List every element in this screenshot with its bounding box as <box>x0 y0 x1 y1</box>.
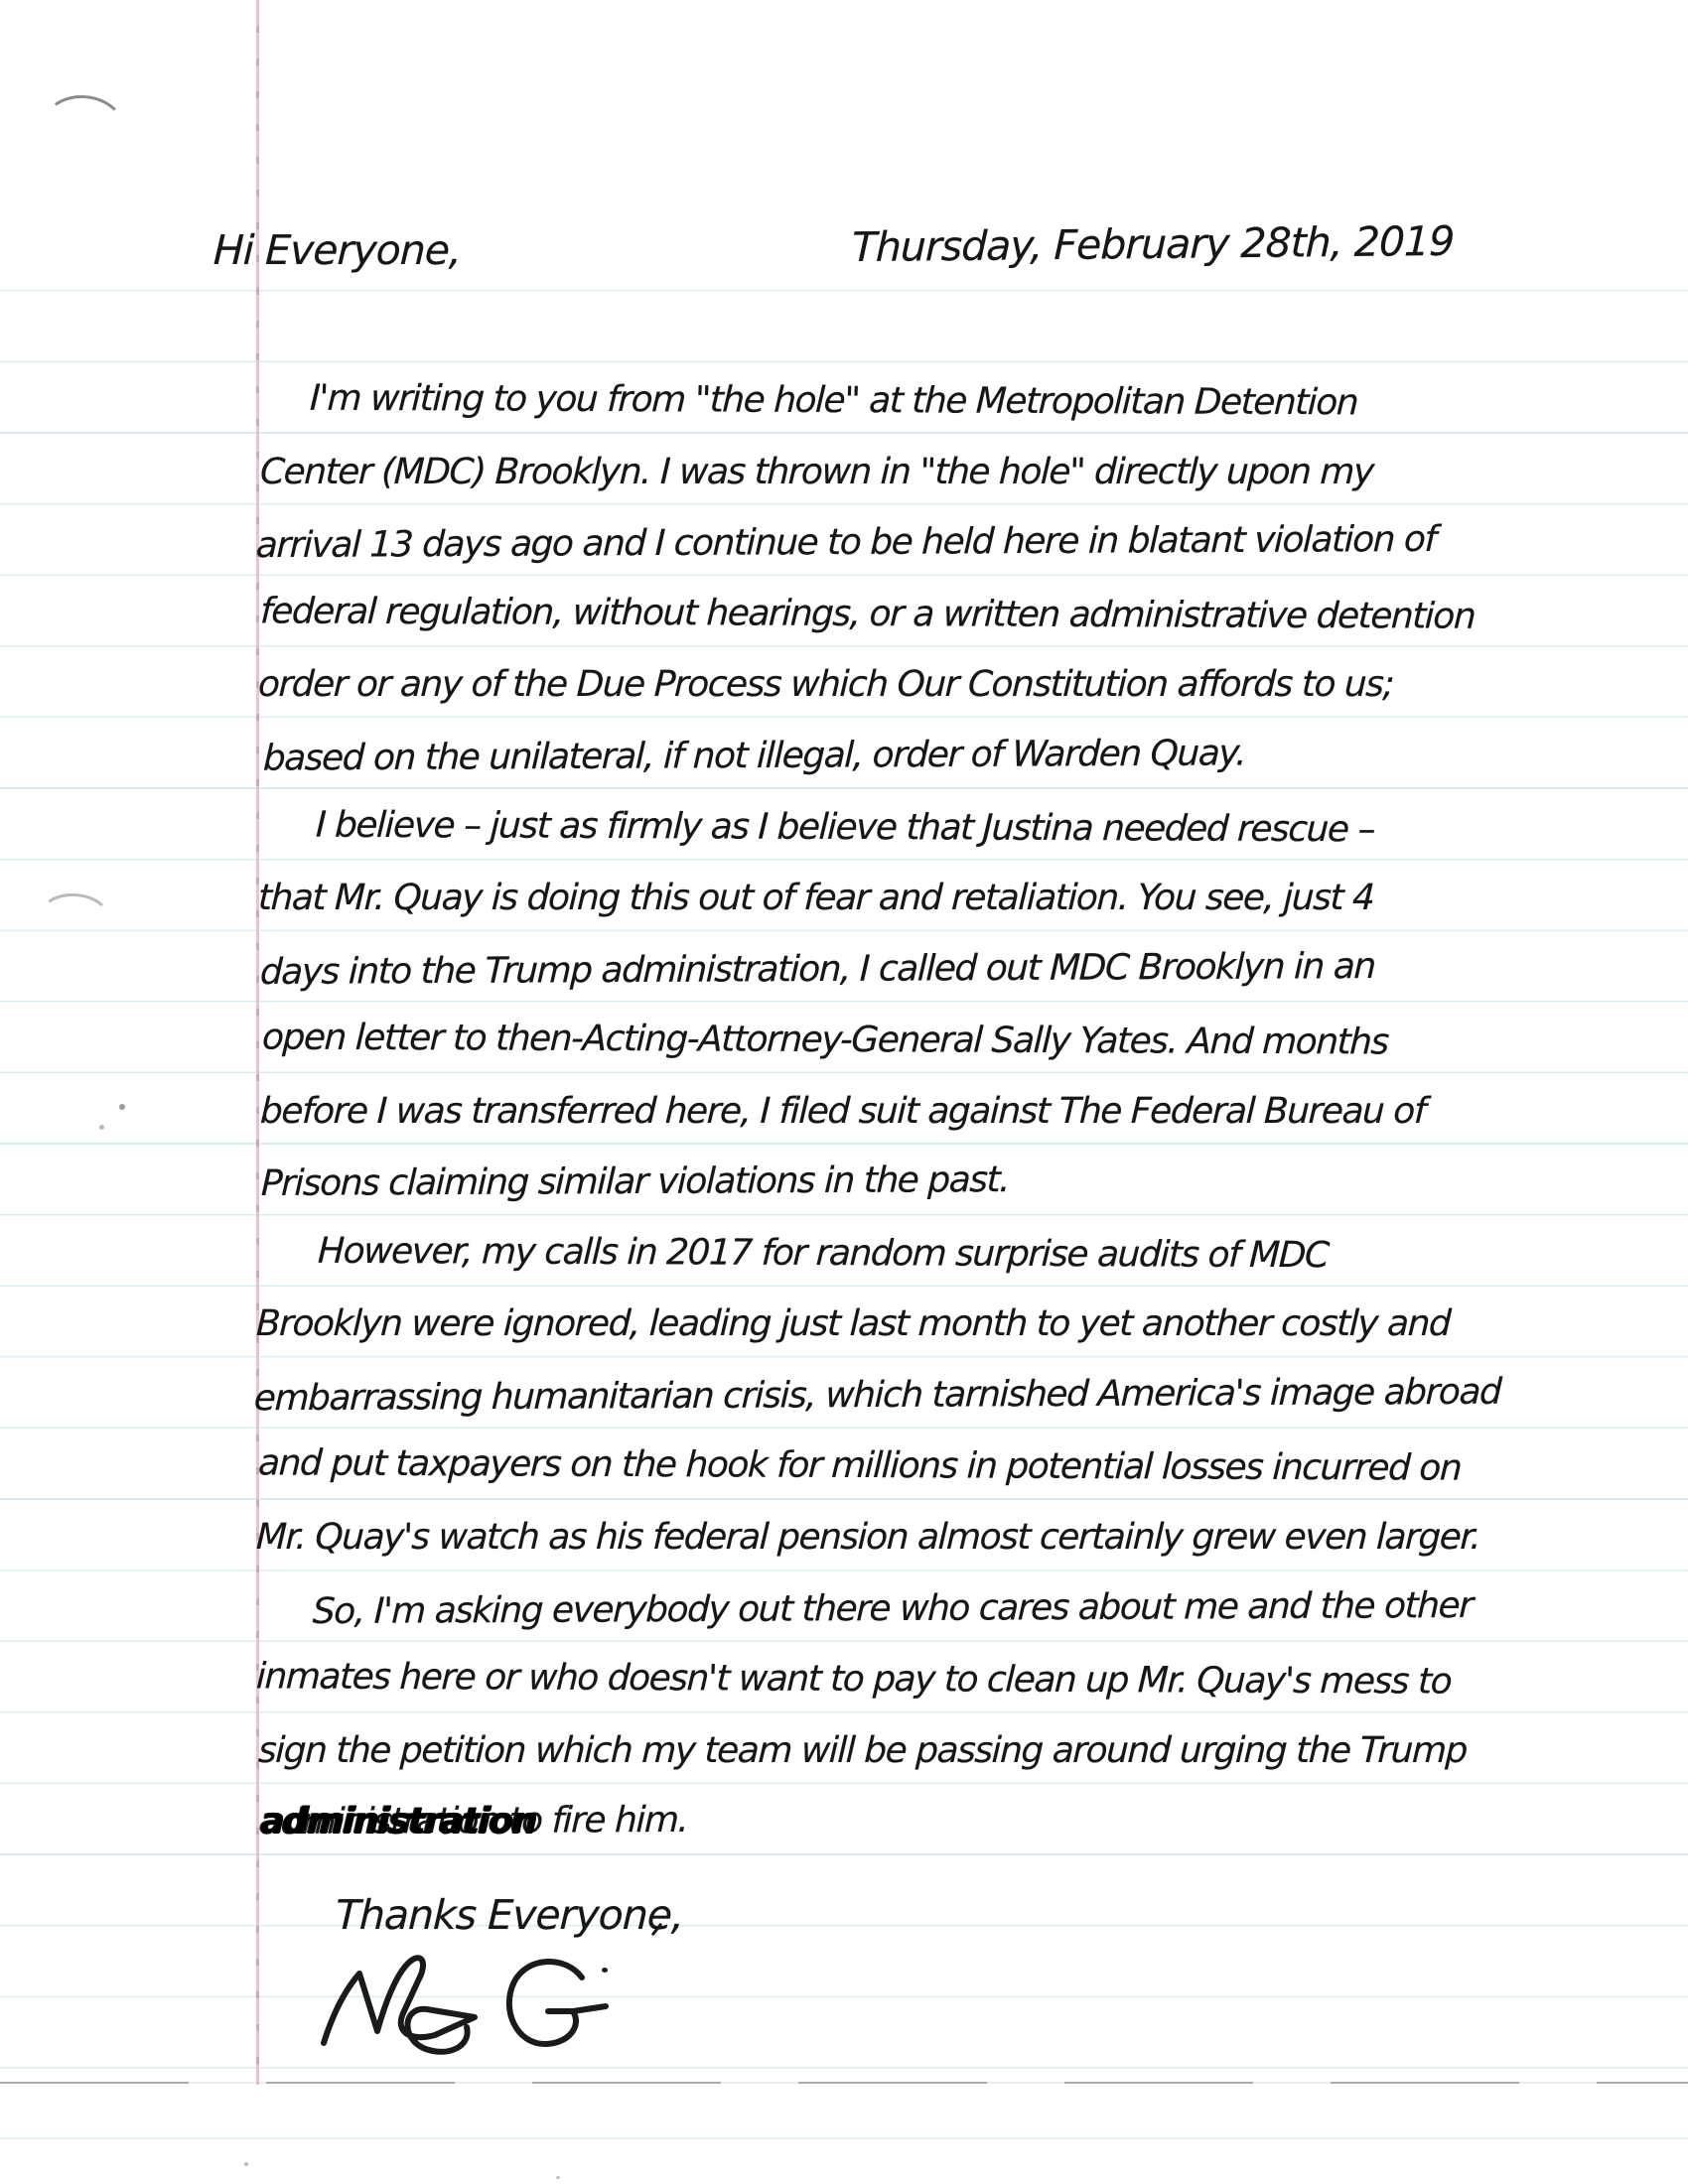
letter-line: I believe – just as firmly as I believe … <box>315 805 1375 851</box>
scan-speck <box>119 1104 125 1110</box>
letter-line: sign the petition which my team will be … <box>257 1730 1467 1771</box>
margin-line <box>256 0 259 2085</box>
letter-line: inmates here or who doesn't want to pay … <box>255 1656 1452 1702</box>
closing: Thanks Everyone, <box>335 1891 684 1939</box>
date-line: Thursday, February 28th, 2019 <box>851 217 1454 271</box>
letter-line: arrival 13 days ago and I continue to be… <box>255 519 1436 566</box>
letter-line: based on the unilateral, if not illegal,… <box>262 733 1246 778</box>
ruled-paper: Hi Everyone, Thursday, February 28th, 20… <box>0 0 1688 2184</box>
letter-line: Brooklyn were ignored, leading just last… <box>255 1303 1451 1344</box>
letter-line: Center (MDC) Brooklyn. I was thrown in "… <box>259 452 1373 492</box>
letter-line: Prisons claiming similar violations in t… <box>260 1160 1009 1204</box>
letter-line: and put taxpayers on the hook for millio… <box>257 1442 1462 1488</box>
signature-scribble <box>316 1948 624 2077</box>
scan-speck <box>556 2176 560 2179</box>
letter-line: that Mr. Quay is doing this out of fear … <box>257 878 1374 918</box>
ruled-lines <box>0 220 1688 2184</box>
letter-line: before I was transferred here, I filed s… <box>259 1091 1425 1132</box>
scan-speck <box>99 1125 104 1130</box>
hole-punch-arc-top <box>39 91 127 164</box>
letter-line: order or any of the Due Process which Ou… <box>257 664 1394 705</box>
greeting: Hi Everyone, <box>212 226 462 274</box>
hole-punch-arc-middle <box>36 890 112 947</box>
pen-mark <box>602 1968 608 1973</box>
letter-line: federal regulation, without hearings, or… <box>259 591 1476 636</box>
scan-edge-line <box>0 2082 1688 2084</box>
letter-line: I'm writing to you from "the hole" at th… <box>309 378 1358 424</box>
scan-speck <box>244 2162 248 2166</box>
letter-line: However, my calls in 2017 for random sur… <box>317 1231 1329 1276</box>
letter-line: open letter to then-Acting-Attorney-Gene… <box>261 1018 1388 1063</box>
letter-line: days into the Trump administration, I ca… <box>259 946 1375 993</box>
letter-line: embarrassing humanitarian crisis, which … <box>253 1372 1501 1420</box>
letter-line: Mr. Quay's watch as his federal pension … <box>255 1517 1480 1558</box>
letter-line: So, I'm asking everybody out there who c… <box>312 1585 1473 1632</box>
scribbled-word-overlay: administration <box>259 1801 536 1842</box>
